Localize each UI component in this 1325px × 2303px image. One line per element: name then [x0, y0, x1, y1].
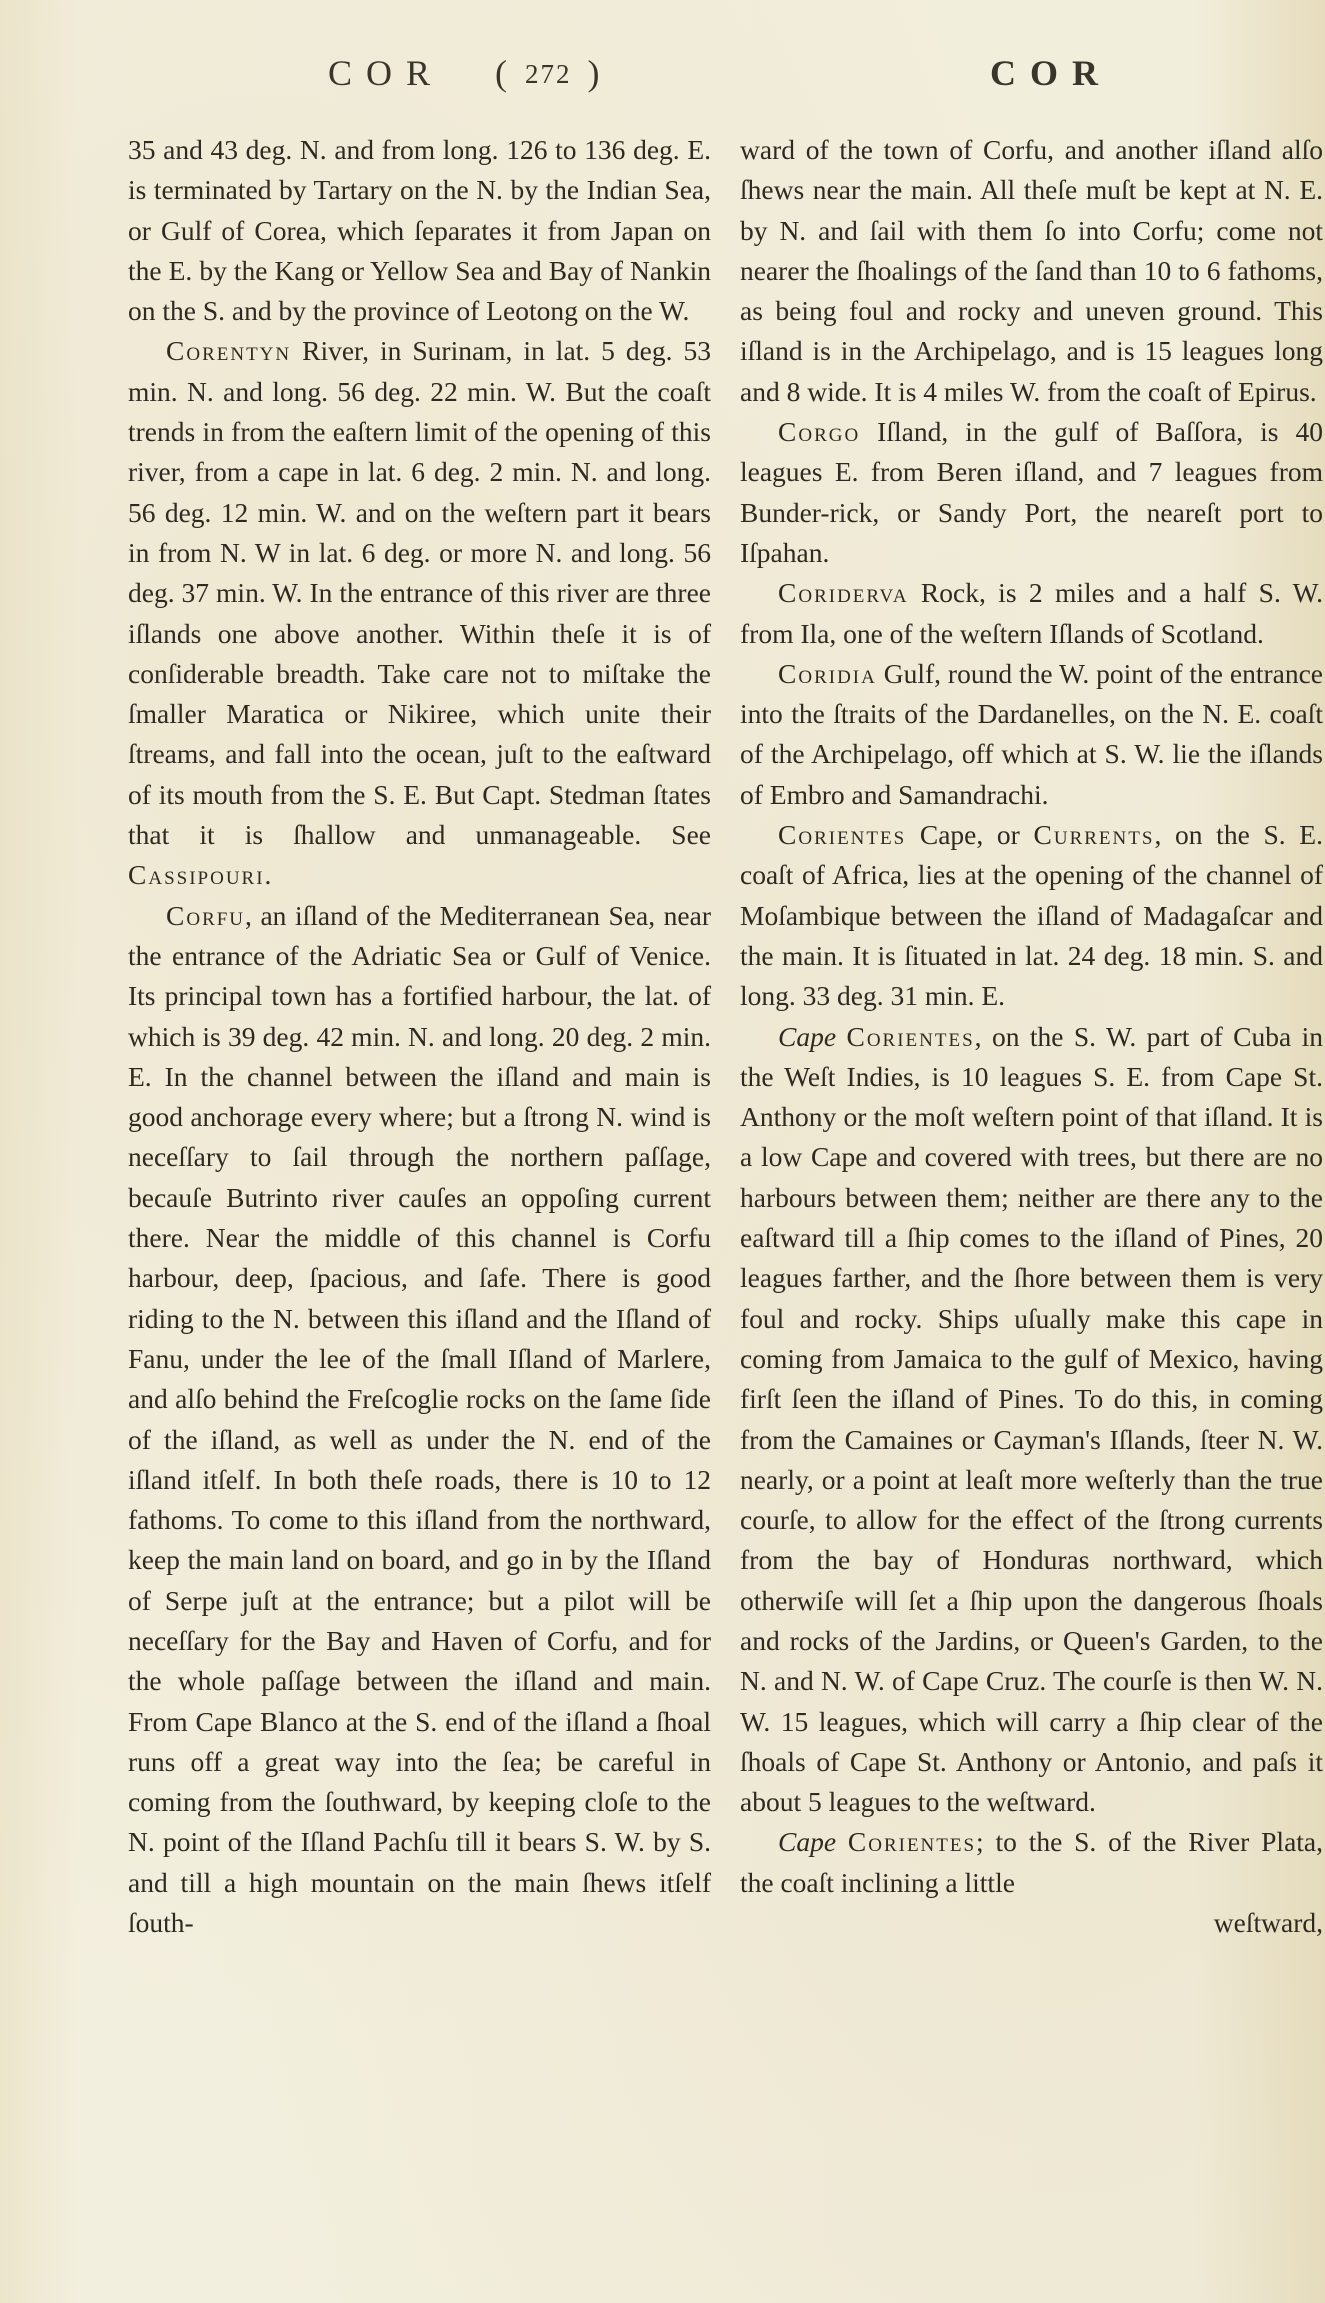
- entry-text: ward of the town of Corfu, and another i…: [740, 134, 1323, 407]
- entry-corientes-africa: Corientes Cape, or Currents, on the S. E…: [740, 815, 1323, 1016]
- entry-headword: Corfu: [166, 900, 245, 931]
- left-column: 35 and 43 deg. N. and from long. 126 to …: [128, 130, 711, 1943]
- entry-headword: Corentyn: [166, 335, 291, 366]
- entry-coridia: Coridia Gulf, round the W. point of the …: [740, 654, 1323, 815]
- entry-headword: Coridia: [778, 658, 877, 689]
- entry-text: River, in Surinam, in lat. 5 deg. 53 min…: [128, 335, 711, 850]
- entry-headword: Coriderva: [778, 577, 909, 608]
- entry-corentyn: Corentyn River, in Surinam, in lat. 5 de…: [128, 331, 711, 895]
- entry-headword: Corgo: [778, 416, 860, 447]
- entry-headword: Corientes: [848, 1826, 976, 1857]
- entry-cape-corientes-cuba: Cape Corientes, on the S. W. part of Cub…: [740, 1017, 1323, 1823]
- entry-end: .: [265, 859, 272, 890]
- entry-headword: Corientes: [778, 819, 906, 850]
- book-page: COR (272) COR 35 and 43 deg. N. and from…: [0, 0, 1325, 2303]
- entry-headword: Corientes: [846, 1021, 974, 1052]
- page-number-block: (272): [495, 52, 602, 94]
- paren-open: (: [495, 53, 509, 93]
- entry-continuation: 35 and 43 deg. N. and from long. 126 to …: [128, 130, 711, 331]
- entry-corfu: Corfu, an iſland of the Mediterranean Se…: [128, 896, 711, 1944]
- catchword: weſtward,: [740, 1903, 1323, 1943]
- entry-cape-corientes-plata: Cape Corientes; to the S. of the River P…: [740, 1822, 1323, 1943]
- right-column: ward of the town of Corfu, and another i…: [740, 130, 1323, 1943]
- entry-corgo: Corgo Iſland, in the gulf of Baſſora, is…: [740, 412, 1323, 573]
- entry-prefix: Cape: [778, 1021, 836, 1052]
- entry-continuation: ward of the town of Corfu, and another i…: [740, 130, 1323, 412]
- entry-alt-headword: Currents: [1034, 819, 1155, 850]
- entry-text: Cape, or: [906, 819, 1033, 850]
- entry-text: , an iſland of the Mediterranean Sea, ne…: [128, 900, 711, 1938]
- paren-close: ): [588, 53, 602, 93]
- running-head: COR (272) COR: [0, 52, 1325, 102]
- running-head-left: COR: [328, 52, 444, 94]
- running-head-right: COR: [990, 52, 1112, 94]
- cross-reference: Cassipouri: [128, 859, 265, 890]
- page-number: 272: [525, 59, 572, 89]
- entry-text: 35 and 43 deg. N. and from long. 126 to …: [128, 134, 711, 326]
- entry-prefix: Cape: [778, 1826, 836, 1857]
- entry-coriderva: Coriderva Rock, is 2 miles and a half S.…: [740, 573, 1323, 654]
- entry-text: , on the S. W. part of Cuba in the Weſt …: [740, 1021, 1323, 1818]
